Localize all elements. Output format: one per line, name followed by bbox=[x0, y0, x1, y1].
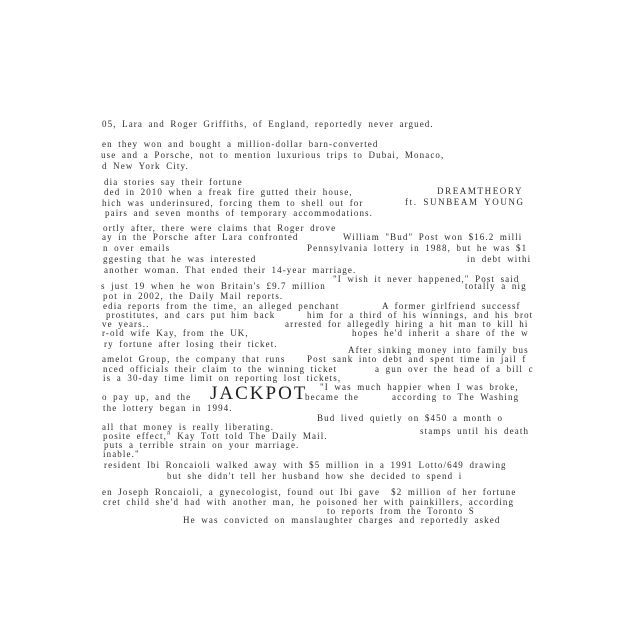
collage-text-line: r-old wife Kay, from the UK, bbox=[102, 328, 249, 338]
collage-text-line: according to The Washing bbox=[392, 392, 519, 402]
collage-text-line: dia stories say their fortune bbox=[104, 177, 243, 187]
collage-text-line: hich was underinsured, forcing them to s… bbox=[102, 198, 364, 208]
collage-text-line: is a 30-day time limit on reporting lost… bbox=[103, 373, 341, 383]
text-collage: 05, Lara and Roger Griffiths, of England… bbox=[100, 110, 533, 530]
collage-text-line: William "Bud" Post won $16.2 milli bbox=[343, 232, 522, 242]
collage-text-line: He was convicted on manslaughter charges… bbox=[183, 515, 500, 525]
collage-text-line: en Joseph Roncaioli, a gynecologist, fou… bbox=[102, 487, 516, 497]
collage-text-line: ry fortune after losing their ticket. bbox=[104, 339, 278, 349]
featured-artist-credit: ft. SUNBEAM YOUNG bbox=[405, 197, 525, 207]
collage-text-line: pairs and seven months of temporary acco… bbox=[105, 208, 373, 218]
collage-text-line: ay in the Porsche after Lara confronted bbox=[102, 232, 299, 242]
collage-text-line: in debt withi bbox=[467, 254, 531, 264]
collage-text-line: s just 19 when he won Britain's £9.7 mil… bbox=[101, 281, 326, 291]
collage-text-line: n over emails bbox=[103, 243, 170, 253]
album-art-canvas: 05, Lara and Roger Griffiths, of England… bbox=[0, 0, 640, 640]
artist-name: DREAMTHEORY bbox=[437, 186, 523, 196]
collage-text-line: Pennsylvania lottery in 1988, but he was… bbox=[307, 243, 533, 253]
collage-text-line: totally a nig bbox=[465, 281, 527, 291]
collage-text-line: ded in 2010 when a freak fire gutted the… bbox=[104, 187, 353, 197]
collage-text-line: stamps until his death bbox=[420, 426, 529, 436]
collage-text-line: use and a Porsche, not to mention luxuri… bbox=[101, 150, 444, 160]
collage-text-line: inable." bbox=[103, 449, 140, 459]
collage-text-line: became the bbox=[305, 392, 359, 402]
collage-text-line: Bud lived quietly on $450 a month o bbox=[317, 413, 503, 423]
collage-text-line: hopes he'd inherit a share of the w bbox=[352, 328, 529, 338]
collage-text-line: pot in 2002, the Daily Mail reports. bbox=[103, 291, 283, 301]
collage-text-line: another woman. That ended their 14-year … bbox=[104, 265, 356, 275]
collage-text-line: the lottery began in 1994. bbox=[103, 403, 233, 413]
collage-text-line: 05, Lara and Roger Griffiths, of England… bbox=[102, 119, 434, 129]
collage-text-line: "I was much happier when I was broke, bbox=[320, 382, 519, 392]
collage-text-line: but she didn't tell her husband how she … bbox=[167, 471, 462, 481]
collage-text-line: d New York City. bbox=[102, 161, 189, 171]
collage-text-line: amelot Group, the company that runs bbox=[102, 354, 285, 364]
collage-text-line: a gun over the head of a bill co bbox=[375, 364, 533, 374]
collage-text-line: resident Ibi Roncaioli walked away with … bbox=[104, 460, 507, 470]
collage-text-line: en they won and bought a million-dollar … bbox=[102, 139, 379, 149]
track-title: JACKPOT bbox=[210, 384, 307, 403]
collage-text-line: Post sank into debt and spent time in ja… bbox=[307, 354, 526, 364]
collage-text-line: ggesting that he was interested bbox=[103, 254, 256, 264]
collage-text-line: o pay up, and the bbox=[102, 392, 191, 402]
